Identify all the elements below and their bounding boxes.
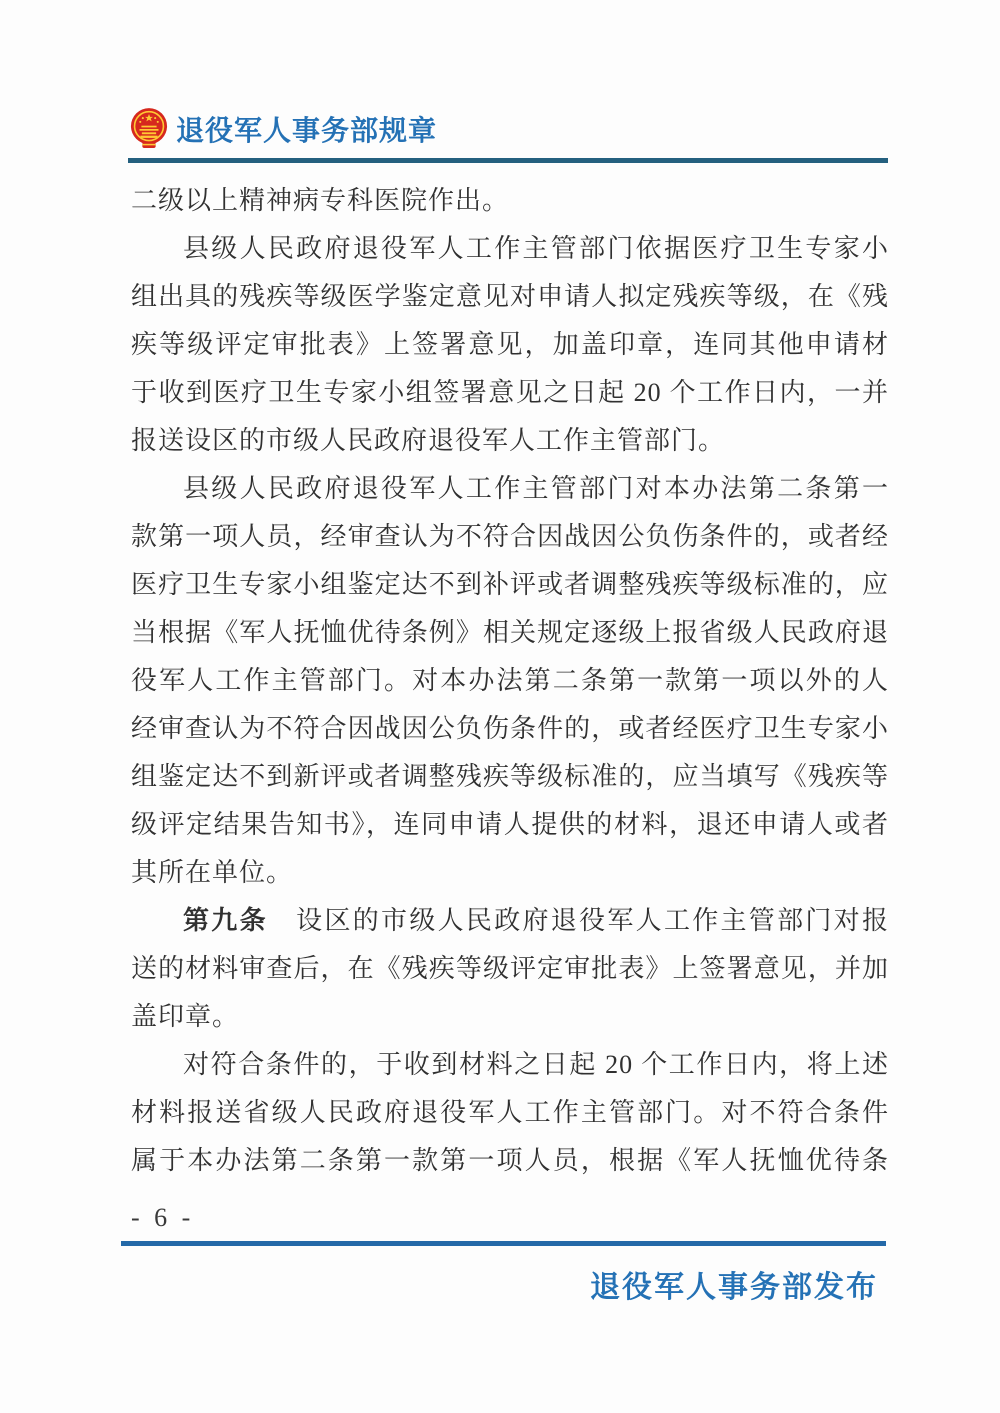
body-line: 送的材料审查后，在《残疾等级评定审批表》上签署意见，并加 <box>131 944 889 992</box>
body-line: 疾等级评定审批表》上签署意见，加盖印章，连同其他申请材料， <box>131 320 889 368</box>
body-line: 盖印章。 <box>131 992 889 1040</box>
body-line: 当根据《军人抚恤优待条例》相关规定逐级上报省级人民政府退 <box>131 608 889 656</box>
body-line: 县级人民政府退役军人工作主管部门对本办法第二条第一 <box>131 464 889 512</box>
body-line: 款第一项人员，经审查认为不符合因战因公负伤条件的，或者经 <box>131 512 889 560</box>
body-line: 组鉴定达不到新评或者调整残疾等级标准的，应当填写《残疾等 <box>131 752 889 800</box>
body-line: 役军人工作主管部门。对本办法第二条第一款第一项以外的人员， <box>131 656 889 704</box>
body-line: 对符合条件的，于收到材料之日起 20 个工作日内，将上述 <box>131 1040 889 1088</box>
page-title: 退役军人事务部规章 <box>176 109 437 149</box>
body-line: 组出具的残疾等级医学鉴定意见对申请人拟定残疾等级，在《残 <box>131 272 889 320</box>
body-line: 级评定结果告知书》，连同申请人提供的材料，退还申请人或者 <box>131 800 889 848</box>
body-line: 医疗卫生专家小组鉴定达不到补评或者调整残疾等级标准的，应 <box>131 560 889 608</box>
page-number: - 6 - <box>131 1203 194 1233</box>
page-header: 退役军人事务部规章 <box>130 104 888 154</box>
article-number: 第九条 <box>183 905 268 935</box>
body-line: 其所在单位。 <box>131 848 889 896</box>
header-divider <box>128 158 888 163</box>
footer-divider <box>121 1241 886 1246</box>
publisher-label: 退役军人事务部发布 <box>590 1262 878 1306</box>
body-line: 材料报送省级人民政府退役军人工作主管部门。对不符合条件的， <box>131 1088 889 1136</box>
document-body: 二级以上精神病专科医院作出。 县级人民政府退役军人工作主管部门依据医疗卫生专家小… <box>131 176 889 1184</box>
body-line: 属于本办法第二条第一款第一项人员，根据《军人抚恤优待条例》 <box>131 1136 889 1184</box>
body-line: 县级人民政府退役军人工作主管部门依据医疗卫生专家小 <box>131 224 889 272</box>
body-line: 二级以上精神病专科医院作出。 <box>131 176 889 224</box>
body-line: 经审查认为不符合因战因公负伤条件的，或者经医疗卫生专家小 <box>131 704 889 752</box>
body-line: 报送设区的市级人民政府退役军人工作主管部门。 <box>131 416 889 464</box>
body-line-article-9: 第九条 设区的市级人民政府退役军人工作主管部门对报 <box>131 896 889 944</box>
national-emblem-icon <box>130 107 168 151</box>
document-page: 退役军人事务部规章 二级以上精神病专科医院作出。 县级人民政府退役军人工作主管部… <box>0 0 1000 1413</box>
body-line: 于收到医疗卫生专家小组签署意见之日起 20 个工作日内，一并 <box>131 368 889 416</box>
